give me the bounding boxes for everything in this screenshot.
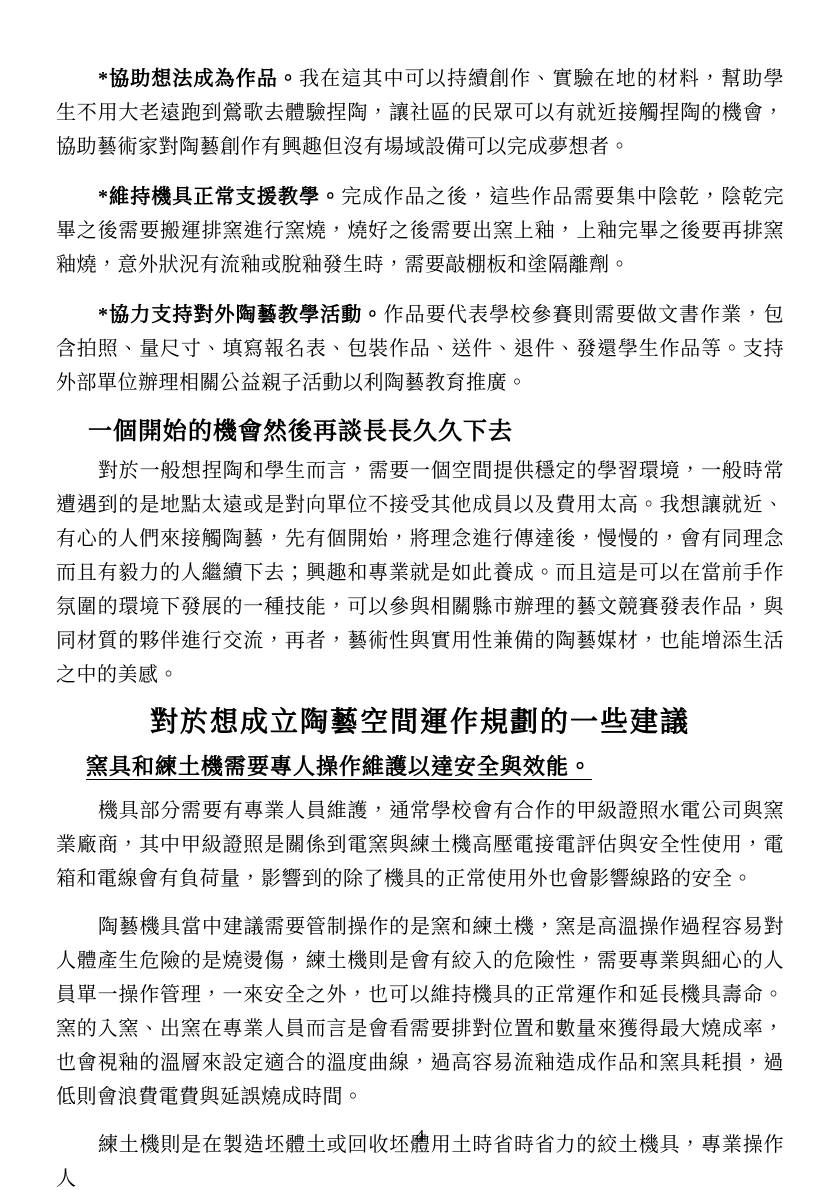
subsection-heading-kiln-safety: 窯具和練土機需要專人操作維護以達安全與效能。 [56,752,784,782]
bullet-paragraph-assist-ideas: *協助想法成為作品。我在這其中可以持續創作、實驗在地的材料，幫助學生不用大老遠跑… [56,62,784,164]
bullet-paragraph-support-teaching: *協力支持對外陶藝教學活動。作品要代表學校參賽則需要做文書作業，包含拍照、量尺寸… [56,298,784,400]
section-paragraph-opportunity: 對於一般想捏陶和學生而言，需要一個空間提供穩定的學習環境，一般時常遭遇到的是地點… [56,454,784,692]
bullet-paragraph-maintain-equipment: *維持機具正常支援教學。完成作品之後，這些作品需要集中陰乾，陰乾完畢之後需要搬運… [56,180,784,282]
page-number: 4 [0,1126,840,1146]
document-content: *協助想法成為作品。我在這其中可以持續創作、實驗在地的材料，幫助學生不用大老遠跑… [0,0,840,1190]
paragraph-professional-maintenance: 機具部分需要有專業人員維護，通常學校會有合作的甲級證照水電公司與窯業廠商，其中甲… [56,794,784,896]
chapter-title-studio-suggestions: 對於想成立陶藝空間運作規劃的一些建議 [56,702,784,744]
paragraph-lead: *協力支持對外陶藝教學活動。 [98,304,384,326]
document-page: *協助想法成為作品。我在這其中可以持續創作、實驗在地的材料，幫助學生不用大老遠跑… [0,0,840,1190]
paragraph-controlled-operation: 陶藝機具當中建議需要管制操作的是窯和練土機，窯是高溫操作過程容易對人體產生危險的… [56,910,784,1114]
paragraph-lead: *協助想法成為作品。 [98,68,299,90]
section-heading-opportunity: 一個開始的機會然後再談長長久久下去 [56,416,784,448]
subsection-heading-text: 窯具和練土機需要專人操作維護以達安全與效能。 [86,754,592,779]
paragraph-lead: *維持機具正常支援教學。 [98,186,341,208]
